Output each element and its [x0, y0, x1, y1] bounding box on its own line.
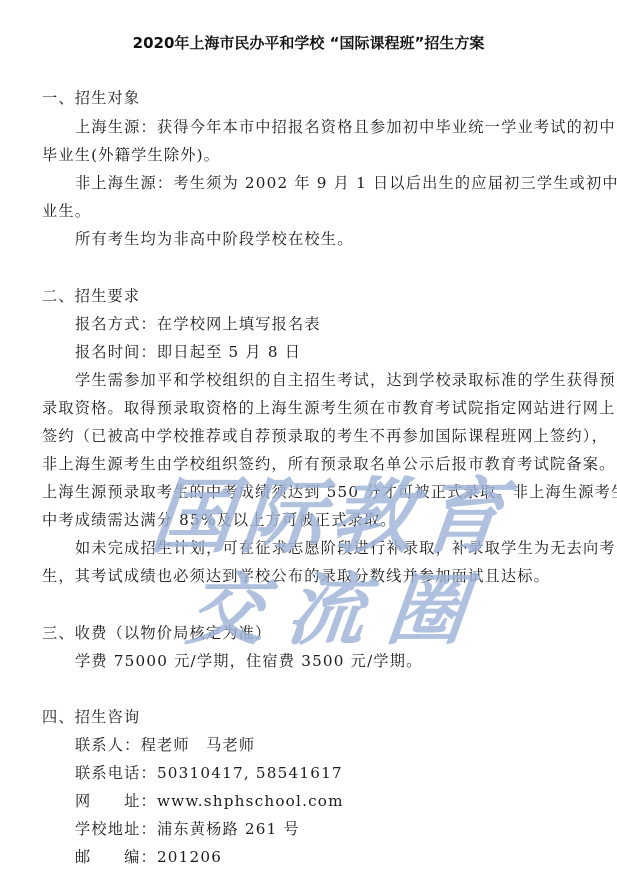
paragraph-line: 学费 75000 元/学期，住宿费 3500 元/学期。 [75, 651, 590, 671]
paragraph-line: 上海生源预录取考生的中考成绩须达到 550 分才可被正式录取。非上海生源考生 [42, 482, 590, 502]
contact-postcode: 邮 编：201206 [75, 847, 590, 867]
contact-person: 联系人：程老师 马老师 [75, 735, 590, 755]
contact-label: 邮 编： [75, 847, 157, 867]
contact-address: 学校地址：浦东黄杨路 261 号 [75, 819, 590, 839]
paragraph-line: 签约（已被高中学校推荐或自荐预录取的考生不再参加国际课程班网上签约）， [42, 426, 590, 446]
section-heading-2: 二、招生要求 [42, 286, 590, 306]
website-link[interactable]: www.shphschool.com [157, 792, 344, 810]
contact-value: 201206 [157, 848, 222, 866]
paragraph-line: 非上海生源考生由学校组织签约，所有预录取名单公示后报市教育考试院备案。 [42, 454, 590, 474]
paragraph-line: 录取资格。取得预录取资格的上海生源考生须在市教育考试院指定网站进行网上 [42, 398, 590, 418]
paragraph-line: 毕业生(外籍学生除外)。 [42, 145, 590, 165]
contact-website: 网 址：www.shphschool.com [75, 791, 590, 811]
contact-value: 浦东黄杨路 261 号 [157, 820, 300, 838]
paragraph-line: 报名方式：在学校网上填写报名表 [75, 314, 590, 334]
paragraph-line: 上海生源：获得今年本市中招报名资格且参加初中毕业统一学业考试的初中 [75, 117, 590, 137]
paragraph-line: 如未完成招生计划，可在征求志愿阶段进行补录取，补录取学生为无去向考 [75, 538, 590, 558]
contact-value: 程老师 马老师 [141, 736, 256, 754]
contact-value: 50310417, 58541617 [157, 764, 343, 782]
contact-label: 联系人： [75, 735, 141, 755]
paragraph-line: 非上海生源：考生须为 2002 年 9 月 1 日以后出生的应届初三学生或初中毕 [75, 173, 590, 193]
contact-phone: 联系电话：50310417, 58541617 [75, 763, 590, 783]
section-heading-1: 一、招生对象 [42, 88, 590, 108]
paragraph-line: 中考成绩需达满分 85%及以上方可被正式录取。 [42, 510, 590, 530]
section-heading-4: 四、招生咨询 [42, 707, 590, 727]
document-title: 2020年上海市民办平和学校 “国际课程班”招生方案 [0, 32, 617, 53]
paragraph-line: 业生。 [42, 201, 590, 221]
contact-label: 网 址： [75, 791, 157, 811]
document-page: 2020年上海市民办平和学校 “国际课程班”招生方案 一、招生对象 上海生源：获… [0, 0, 617, 882]
watermark-line-2: 交流圈 [182, 548, 494, 660]
contact-label: 联系电话： [75, 763, 157, 783]
paragraph-line: 学生需参加平和学校组织的自主招生考试，达到学校录取标准的学生获得预 [75, 370, 590, 390]
paragraph-line: 生，其考试成绩也必须达到学校公布的录取分数线并参加面试且达标。 [42, 566, 590, 586]
section-heading-3: 三、收费（以物价局核定为准） [42, 623, 590, 643]
paragraph-line: 报名时间：即日起至 5 月 8 日 [75, 342, 590, 362]
paragraph-line: 所有考生均为非高中阶段学校在校生。 [75, 229, 590, 249]
contact-label: 学校地址： [75, 819, 157, 839]
